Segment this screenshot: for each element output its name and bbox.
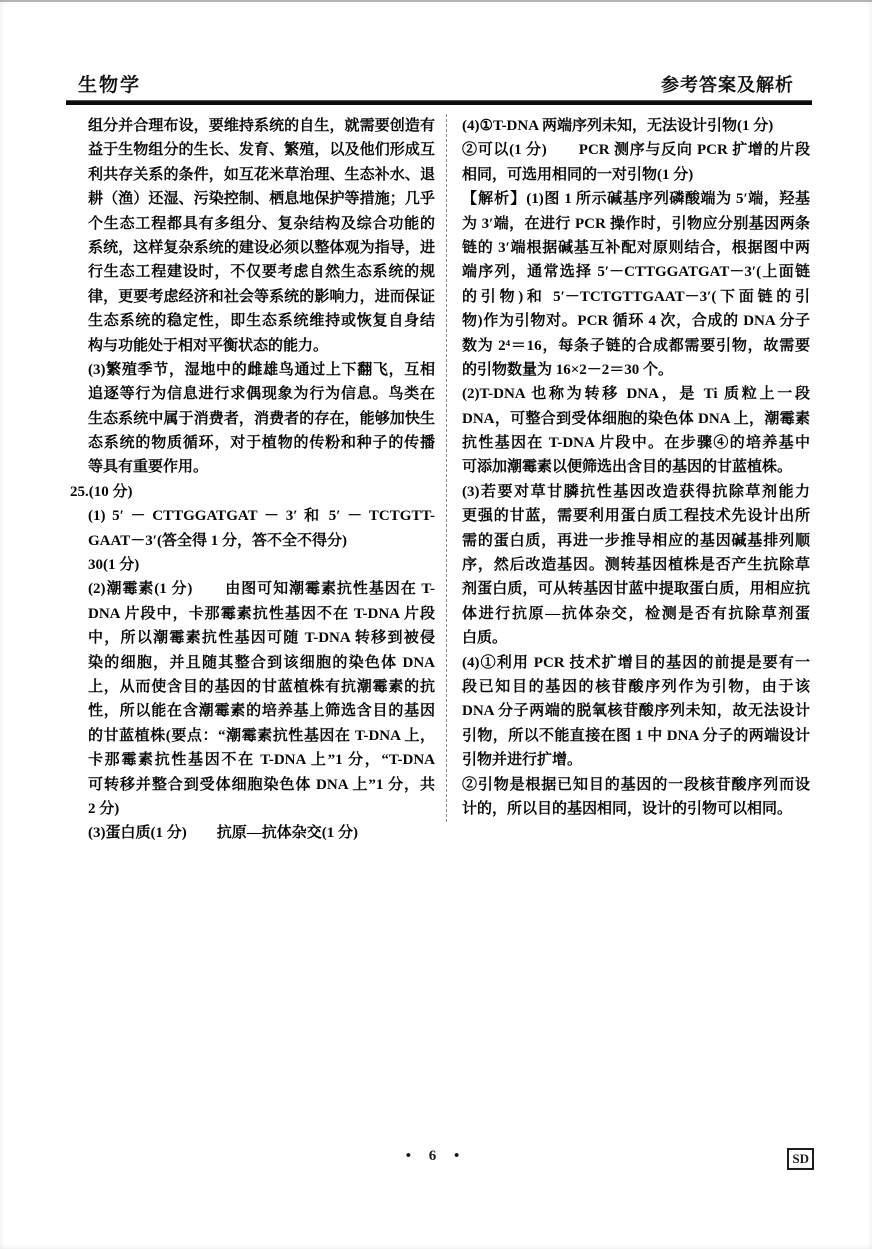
text-line: 性，所以能在含潮霉素的培养基上筛选含目的基因 [88, 699, 435, 723]
text-line: 为 3′端，在进行 PCR 操作时，引物应分别基因两条 [462, 212, 810, 236]
answer-25-1b: 30(1 分) [88, 553, 435, 577]
answer-25-4-1: (4)①T-DNA 两端序列未知，无法设计引物(1 分) [462, 114, 810, 138]
text-line: 组分并合理布设，要维持系统的自生，就需要创造有 [88, 114, 435, 138]
text-line: 端序列，通常选择 5′－CTTGGATGAT－3′(上面链 [462, 260, 810, 284]
text-line: 耕（渔）还湿、污染控制、栖息地保护等措施；几乎每 [88, 187, 435, 211]
text-line: 引物，所以不能直接在图 1 中 DNA 分子的两端设计 [462, 724, 810, 748]
text-line: GAAT－3′(答全得 1 分，答不全不得分) [88, 529, 435, 553]
text-line: (2)潮霉素(1 分) 由图可知潮霉素抗性基因在 T- [88, 577, 435, 601]
text-line: 物)作为引物对。PCR 循环 4 次，合成的 DNA 分子 [462, 309, 810, 333]
text-line: 律，更要考虑经济和社会等系统的影响力，进而保证 [88, 285, 435, 309]
text-line: ②可以(1 分) PCR 测序与反向 PCR 扩增的片段 [462, 138, 810, 162]
text-line: 上，从而使含目的基因的甘蓝植株有抗潮霉素的抗 [88, 675, 435, 699]
text-line: 可添加潮霉素以便筛选出含目的基因的甘蓝植株。 [462, 455, 810, 479]
text-line: (1) 5′ － CTTGGATGAT － 3′ 和 5′ － TCTGTT- [88, 504, 435, 528]
text-line: 利共存关系的条件，如互花米草治理、生态补水、退 [88, 163, 435, 187]
text-line: (2)T-DNA 也称为转移 DNA，是 Ti 质粒上一段 [462, 382, 810, 406]
analysis-25-1: 【解析】(1)图 1 所示碱基序列磷酸端为 5′端，羟基端为 3′端，在进行 P… [462, 187, 810, 382]
text-line: DNA 片段中，卡那霉素抗性基因不在 T-DNA 片段 [88, 602, 435, 626]
text-line: 抗性基因在 T-DNA 片段中。在步骤④的培养基中 [462, 431, 810, 455]
answer-content: 组分并合理布设，要维持系统的自生，就需要创造有益于生物组分的生长、发育、繁殖，以… [70, 114, 812, 846]
text-line: 生态系统中属于消费者，消费者的存在，能够加快生 [88, 407, 435, 431]
section-title: 参考答案及解析 [661, 71, 794, 97]
text-line: ②引物是根据已知目的基因的一段核苷酸序列而设 [462, 773, 810, 797]
text-line: 中，所以潮霉素抗性基因可随 T-DNA 转移到被侵 [88, 626, 435, 650]
analysis-25-4-1: (4)①利用 PCR 技术扩增目的基因的前提是要有一段已知目的基因的核苷酸序列作… [462, 651, 810, 773]
text-line: (4)①T-DNA 两端序列未知，无法设计引物(1 分) [462, 114, 810, 138]
text-line: (4)①利用 PCR 技术扩增目的基因的前提是要有一 [462, 651, 810, 675]
text-line: 【解析】(1)图 1 所示碱基序列磷酸端为 5′端，羟基端 [462, 187, 810, 211]
text-line: 卡那霉素抗性基因不在 T-DNA 上”1 分，“T-DNA [88, 748, 435, 772]
text-line: 等具有重要作用。 [88, 455, 435, 479]
ecology-answer-continuation: 组分并合理布设，要维持系统的自生，就需要创造有益于生物组分的生长、发育、繁殖，以… [88, 114, 435, 358]
analysis-25-2: (2)T-DNA 也称为转移 DNA，是 Ti 质粒上一段DNA，可整合到受体细… [462, 382, 810, 480]
text-line: 链的 3′端根据碱基互补配对原则结合，根据图中两 [462, 236, 810, 260]
text-line: DNA 分子两端的脱氧核苷酸序列未知，故无法设计 [462, 699, 810, 723]
text-line: 可转移并整合到受体细胞染色体 DNA 上”1 分，共 [88, 773, 435, 797]
answer-25-3: (3)蛋白质(1 分) 抗原—抗体杂交(1 分) [88, 821, 435, 845]
answer-25-4-2: ②可以(1 分) PCR 测序与反向 PCR 扩增的片段相同，可选用相同的一对引… [462, 138, 810, 187]
subject-title: 生物学 [78, 70, 141, 97]
text-line: (3)若要对草甘膦抗性基因改造获得抗除草剂能力 [462, 480, 810, 504]
text-line: 数为 2⁴＝16，每条子链的合成都需要引物，故需要 [462, 334, 810, 358]
text-line: 染的细胞，并且随其整合到该细胞的染色体 DNA [88, 651, 435, 675]
text-line: 行生态工程建设时，不仅要考虑自然生态系统的规 [88, 260, 435, 284]
text-line: 2 分) [88, 797, 435, 821]
text-line: 计的，所以目的基因相同，设计的引物可以相同。 [462, 797, 810, 821]
analysis-25-3: (3)若要对草甘膦抗性基因改造获得抗除草剂能力更强的甘蓝，需要利用蛋白质工程技术… [462, 480, 810, 651]
text-line: 构与功能处于相对平衡状态的能力。 [88, 334, 435, 358]
page-header: 生物学 参考答案及解析 [78, 70, 794, 97]
text-line: 序，然后改造基因。测转基因植株是否产生抗除草 [462, 553, 810, 577]
question-25-heading: 25.(10 分) [70, 480, 435, 504]
scanned-answer-page: 生物学 参考答案及解析 组分并合理布设，要维持系统的自生，就需要创造有益于生物组… [0, 0, 872, 1249]
column-divider [446, 114, 447, 822]
text-line: 益于生物组分的生长、发育、繁殖，以及他们形成互 [88, 138, 435, 162]
text-line: 的引物数量为 16×2－2＝30 个。 [462, 358, 810, 382]
text-line: 个生态工程都具有多组分、复杂结构及综合功能的 [88, 212, 435, 236]
right-column: (4)①T-DNA 两端序列未知，无法设计引物(1 分)②可以(1 分) PCR… [462, 114, 810, 821]
text-line: 生态系统的稳定性，即生态系统维持或恢复自身结 [88, 309, 435, 333]
answer-25-2: (2)潮霉素(1 分) 由图可知潮霉素抗性基因在 T-DNA 片段中，卡那霉素抗… [88, 577, 435, 821]
page-number: • 6 • [0, 1148, 872, 1165]
text-line: 引物并进行扩增。 [462, 748, 810, 772]
text-line: (3)繁殖季节，湿地中的雌雄鸟通过上下翻飞，互相 [88, 358, 435, 382]
text-line: 体进行抗原—抗体杂交，检测是否有抗除草剂蛋 [462, 602, 810, 626]
text-line: 态系统的物质循环，对于植物的传粉和种子的传播 [88, 431, 435, 455]
text-line: 相同，可选用相同的一对引物(1 分) [462, 163, 810, 187]
text-line: 系统，这样复杂系统的建设必须以整体观为指导，进 [88, 236, 435, 260]
text-line: 白质。 [462, 626, 810, 650]
text-line: DNA，可整合到受体细胞的染色体 DNA 上，潮霉素 [462, 407, 810, 431]
text-line: 剂蛋白质，可从转基因甘蓝中提取蛋白质，用相应抗 [462, 577, 810, 601]
header-rule [66, 100, 812, 105]
page-footer: • 6 • SD [0, 1148, 872, 1178]
analysis-25-4-2: ②引物是根据已知目的基因的一段核苷酸序列而设计的，所以目的基因相同，设计的引物可… [462, 773, 810, 822]
scan-edge [0, 0, 872, 2]
text-line: 的甘蓝植株(要点：“潮霉素抗性基因在 T-DNA 上， [88, 724, 435, 748]
text-line: 25.(10 分) [70, 480, 435, 504]
text-line: 需的蛋白质，再进一步推导相应的基因碱基排列顺 [462, 529, 810, 553]
text-line: (3)蛋白质(1 分) 抗原—抗体杂交(1 分) [88, 821, 435, 845]
left-column: 组分并合理布设，要维持系统的自生，就需要创造有益于生物组分的生长、发育、繁殖，以… [70, 114, 435, 846]
edition-tag: SD [787, 1148, 814, 1170]
text-line: 更强的甘蓝，需要利用蛋白质工程技术先设计出所 [462, 504, 810, 528]
answer-25-1: (1) 5′ － CTTGGATGAT － 3′ 和 5′ － TCTGTT-G… [88, 504, 435, 553]
text-line: 段已知目的基因的核苷酸序列作为引物，由于该 [462, 675, 810, 699]
answer-24-3: (3)繁殖季节，湿地中的雌雄鸟通过上下翻飞，互相追逐等行为信息进行求偶现象为行为… [88, 358, 435, 480]
analysis-label: 【解析】 [462, 190, 526, 207]
text-line: 30(1 分) [88, 553, 435, 577]
text-line: 追逐等行为信息进行求偶现象为行为信息。鸟类在 [88, 382, 435, 406]
text-line: 的引物)和 5′－TCTGTTGAAT－3′(下面链的引 [462, 285, 810, 309]
